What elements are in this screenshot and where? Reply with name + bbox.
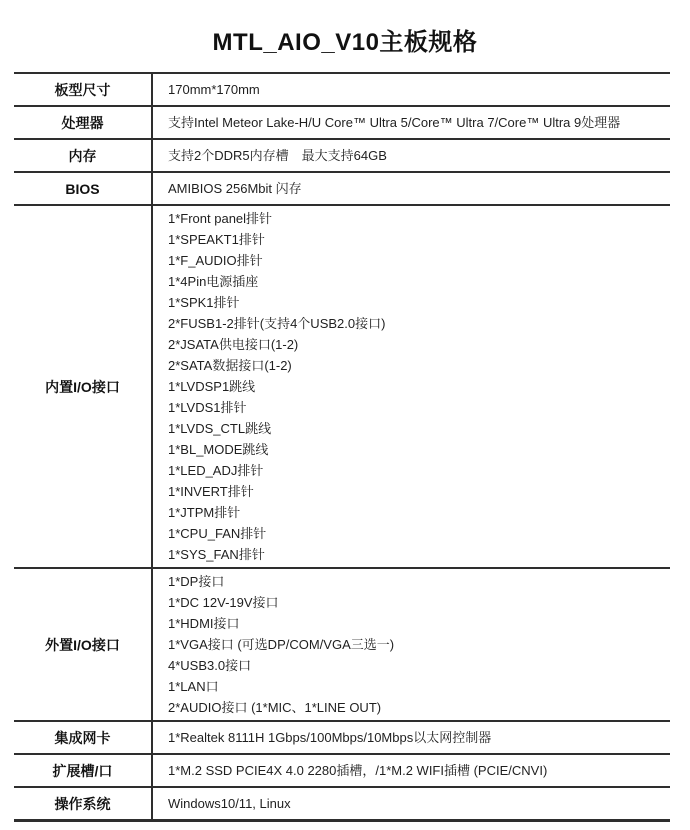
spec-value-board-size: 170mm*170mm — [151, 74, 670, 105]
spec-table: 板型尺寸 170mm*170mm 处理器 支持Intel Meteor Lake… — [14, 72, 670, 822]
spec-row-os: 操作系统 Windows10/11, Linux — [14, 788, 670, 819]
spec-label-memory: 内存 — [14, 140, 151, 171]
spec-row-board-size: 板型尺寸 170mm*170mm — [14, 74, 670, 107]
spec-row-lan-controller: 集成网卡 1*Realtek 8111H 1Gbps/100Mbps/10Mbp… — [14, 722, 670, 755]
spec-row-bios: BIOS AMIBIOS 256Mbit 闪存 — [14, 173, 670, 206]
spec-value-memory: 支持2个DDR5内存槽 最大支持64GB — [151, 140, 670, 171]
spec-row-memory: 内存 支持2个DDR5内存槽 最大支持64GB — [14, 140, 670, 173]
spec-row-expansion-slots: 扩展槽/口 1*M.2 SSD PCIE4X 4.0 2280插槽，/1*M.2… — [14, 755, 670, 788]
spec-value-external-io: 1*DP接口 1*DC 12V-19V接口 1*HDMI接口 1*VGA接口 (… — [151, 569, 670, 720]
spec-label-expansion-slots: 扩展槽/口 — [14, 755, 151, 786]
spec-label-board-size: 板型尺寸 — [14, 74, 151, 105]
spec-value-expansion-slots: 1*M.2 SSD PCIE4X 4.0 2280插槽，/1*M.2 WIFI插… — [151, 755, 670, 786]
spec-label-external-io: 外置I/O接口 — [14, 569, 151, 720]
spec-row-internal-io: 内置I/O接口 1*Front panel排针 1*SPEAKT1排针 1*F_… — [14, 206, 670, 569]
spec-label-lan-controller: 集成网卡 — [14, 722, 151, 753]
spec-label-bios: BIOS — [14, 173, 151, 204]
spec-row-external-io: 外置I/O接口 1*DP接口 1*DC 12V-19V接口 1*HDMI接口 1… — [14, 569, 670, 722]
spec-value-os: Windows10/11, Linux — [151, 788, 670, 819]
page-title: MTL_AIO_V10主板规格 — [0, 0, 690, 72]
spec-label-os: 操作系统 — [14, 788, 151, 819]
spec-label-internal-io: 内置I/O接口 — [14, 206, 151, 567]
spec-value-internal-io: 1*Front panel排针 1*SPEAKT1排针 1*F_AUDIO排针 … — [151, 206, 670, 567]
spec-value-cpu: 支持Intel Meteor Lake-H/U Core™ Ultra 5/Co… — [151, 107, 670, 138]
spec-value-bios: AMIBIOS 256Mbit 闪存 — [151, 173, 670, 204]
spec-label-cpu: 处理器 — [14, 107, 151, 138]
spec-row-cpu: 处理器 支持Intel Meteor Lake-H/U Core™ Ultra … — [14, 107, 670, 140]
spec-value-lan-controller: 1*Realtek 8111H 1Gbps/100Mbps/10Mbps以太网控… — [151, 722, 670, 753]
